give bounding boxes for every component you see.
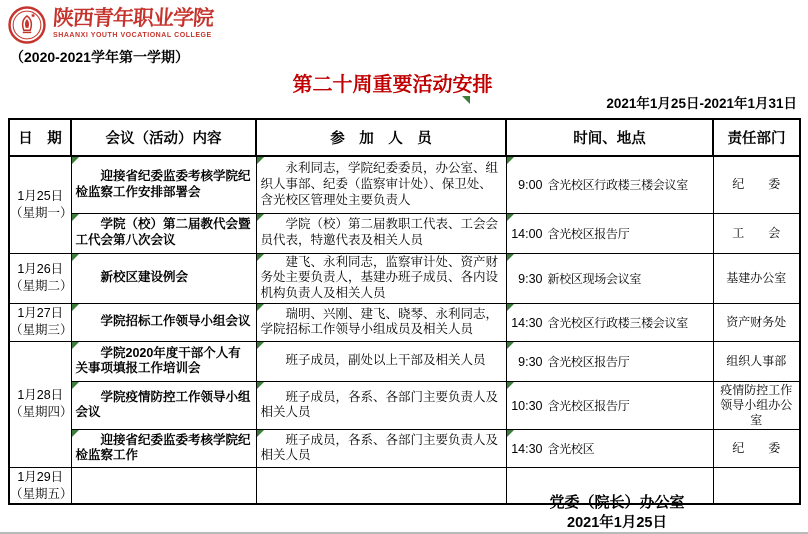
cell-content: 学院（校）第二届教代会暨工代会第八次会议 [71,213,256,253]
header-participants: 参 加 人 员 [256,119,506,156]
date-text: 1月26日 [17,262,63,276]
footer-signature: 党委（院长）办公室 2021年1月25日 [532,493,702,533]
date-text: 1月25日 [17,189,63,203]
date-text: 1月28日 [17,388,63,402]
header-content: 会议（活动）内容 [71,119,256,156]
cell-time-place: 9:00含光校区行政楼三楼会议室 [506,156,713,213]
cell-participants [256,467,506,504]
cell-date: 1月29日 （星期五） [9,467,71,504]
cell-content: 学院招标工作领导小组会议 [71,303,256,341]
cell-department: 工 会 [713,213,800,253]
date-text: 1月29日 [17,470,63,484]
cell-participants: 班子成员，各系、各部门主要负责人及相关人员 [256,429,506,467]
cell-department: 基建办公室 [713,253,800,303]
semester-label: （2020-2021学年第一学期） [10,47,189,67]
college-brand: 陕西青年职业学院 SHAANXI YOUTH VOCATIONAL COLLEG… [53,5,213,39]
issue-date: 2021年1月25日 [532,513,702,533]
cell-time-place: 10:30含光校区报告厅 [506,381,713,429]
cell-participants: 班子成员，各系、各部门主要负责人及相关人员 [256,381,506,429]
cell-date: 1月25日 （星期一） [9,156,71,253]
table-row: 1月26日 （星期二） 新校区建设例会 建飞、永利同志，监察审计处、资产财务处主… [9,253,800,303]
cell-content: 学院2020年度干部个人有关事项填报工作培训会 [71,341,256,381]
header-date: 日 期 [9,119,71,156]
cell-participants: 学院（校）第二届教职工代表、工会会员代表，特邀代表及相关人员 [256,213,506,253]
cell-content: 迎接省纪委监委考核学院纪检监察工作 [71,429,256,467]
cell-participants: 建飞、永利同志，监察审计处、资产财务处主要负责人，基建办班子成员、各内设机构负责… [256,253,506,303]
cell-time-place: 14:30含光校区 [506,429,713,467]
college-name-en: SHAANXI YOUTH VOCATIONAL COLLEGE [53,32,213,39]
cell-content [71,467,256,504]
weekday-text: （星期三） [10,323,71,337]
table-row: 学院疫情防控工作领导小组会议 班子成员，各系、各部门主要负责人及相关人员 10:… [9,381,800,429]
weekday-text: （星期四） [10,405,71,419]
cell-participants: 瑞明、兴刚、建飞、晓琴、永利同志，学院招标工作领导小组成员及相关人员 [256,303,506,341]
college-name-cn: 陕西青年职业学院 [52,5,214,31]
cell-department: 疫情防控工作领导小组办公室 [713,381,800,429]
cell-date: 1月28日 （星期四） [9,341,71,467]
cell-time-place: 14:30含光校区行政楼三楼会议室 [506,303,713,341]
table-row: 1月28日 （星期四） 学院2020年度干部个人有关事项填报工作培训会 班子成员… [9,341,800,381]
cell-department: 组织人事部 [713,341,800,381]
green-marker-icon [462,96,470,104]
cell-date: 1月26日 （星期二） [9,253,71,303]
schedule-table-wrap: 日 期 会议（活动）内容 参 加 人 员 时间、地点 责任部门 1月25日 （星… [8,118,799,505]
cell-department: 纪 委 [713,429,800,467]
weekday-text: （星期一） [10,206,71,220]
cell-department [713,467,800,504]
cell-department: 纪 委 [713,156,800,213]
cell-participants: 班子成员，副处以上干部及相关人员 [256,341,506,381]
issuing-office: 党委（院长）办公室 [532,493,702,513]
weekday-text: （星期二） [10,279,71,293]
document-page: 陕西青年职业学院 SHAANXI YOUTH VOCATIONAL COLLEG… [0,0,808,534]
cell-content: 学院疫情防控工作领导小组会议 [71,381,256,429]
cell-time-place: 9:30含光校区报告厅 [506,341,713,381]
schedule-table: 日 期 会议（活动）内容 参 加 人 员 时间、地点 责任部门 1月25日 （星… [8,118,801,505]
college-seal-logo [8,6,46,44]
weekday-text: （星期五） [10,487,71,501]
week-date-range: 2021年1月25日-2021年1月31日 [606,92,797,112]
date-text: 1月27日 [17,306,63,320]
cell-time-place: 9:30新校区现场会议室 [506,253,713,303]
cell-participants: 永利同志，学院纪委委员，办公室、组织人事部、纪委（监察审计处）、保卫处、含光校区… [256,156,506,213]
table-row: 学院（校）第二届教代会暨工代会第八次会议 学院（校）第二届教职工代表、工会会员代… [9,213,800,253]
table-row: 1月27日 （星期三） 学院招标工作领导小组会议 瑞明、兴刚、建飞、晓琴、永利同… [9,303,800,341]
table-row: 1月25日 （星期一） 迎接省纪委监委考核学院纪检监察工作安排部署会 永利同志，… [9,156,800,213]
header-time-place: 时间、地点 [506,119,713,156]
cell-time-place: 14:00含光校区报告厅 [506,213,713,253]
cell-date: 1月27日 （星期三） [9,303,71,341]
header-department: 责任部门 [713,119,800,156]
table-row: 迎接省纪委监委考核学院纪检监察工作 班子成员，各系、各部门主要负责人及相关人员 … [9,429,800,467]
cell-department: 资产财务处 [713,303,800,341]
cell-content: 新校区建设例会 [71,253,256,303]
table-header-row: 日 期 会议（活动）内容 参 加 人 员 时间、地点 责任部门 [9,119,800,156]
cell-content: 迎接省纪委监委考核学院纪检监察工作安排部署会 [71,156,256,213]
